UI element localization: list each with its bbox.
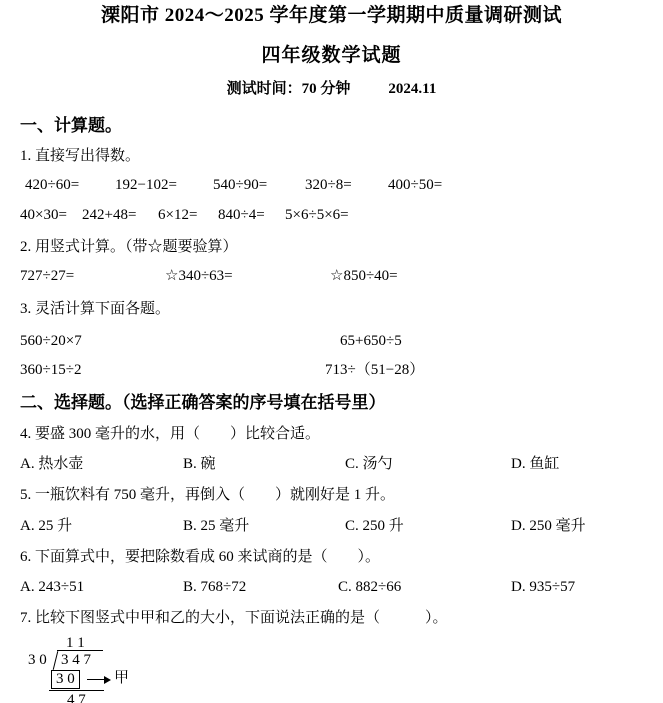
expression: 540÷90= [213,176,267,195]
q2-expressions-row: 727÷27= ☆340÷63= ☆850÷40= [0,267,663,289]
q3-expressions-row-2: 360÷15÷2 713÷（51−28） [0,361,663,383]
q7-stem: 7. 比较下图竖式中甲和乙的大小，下面说法正确的是（ ）。 [20,609,448,628]
expression: 242+48= [82,206,136,225]
division-arrow-label: 甲 [114,669,129,688]
q1-expressions-row-2: 40×30= 242+48= 6×12= 840÷4= 5×6÷5×6= [0,206,663,228]
division-dividend: 3 4 7 [61,651,91,670]
expression: 5×6÷5×6= [285,206,349,225]
option: A. 243÷51 [20,578,84,597]
expression: 6×12= [158,206,197,225]
q6-options-row: A. 243÷51 B. 768÷72 C. 882÷66 D. 935÷57 [0,578,663,600]
option: C. 882÷66 [338,578,401,597]
option: C. 250 升 [345,517,404,536]
expression: ☆850÷40= [330,267,398,286]
option: D. 鱼缸 [511,455,559,474]
test-duration: 测试时间：70 分钟 [227,81,351,97]
option: D. 250 毫升 [511,517,586,536]
division-subtrahend-box: 3 0 [51,670,80,689]
expression: ☆340÷63= [165,267,233,286]
section-1-heading: 一、计算题。 [20,115,122,136]
expression: 400÷50= [388,176,442,195]
expression: 40×30= [20,206,67,225]
option: B. 768÷72 [183,578,246,597]
division-difference: 4 7 [67,691,86,703]
expression: 560÷20×7 [20,332,82,351]
expression: 360÷15÷2 [20,361,81,380]
expression: 65+650÷5 [340,332,402,351]
q4-options-row: A. 热水壶 B. 碗 C. 汤勺 D. 鱼缸 [0,455,663,477]
q5-options-row: A. 25 升 B. 25 毫升 C. 250 升 D. 250 毫升 [0,517,663,539]
division-bracket-icon [53,651,59,670]
arrow-icon [104,676,111,684]
q6-stem: 6. 下面算式中，要把除数看成 60 来试商的是（ ）。 [20,548,380,567]
q1-expressions-row-1: 420÷60= 192−102= 540÷90= 320÷8= 400÷50= [0,176,663,198]
option: A. 25 升 [20,517,72,536]
option: B. 碗 [183,455,216,474]
paper-meta: 测试时间：70 分钟2024.11 [0,80,663,99]
section-2-heading: 二、选择题。（选择正确答案的序号填在括号里） [20,392,386,413]
q3-label: 3. 灵活计算下面各题。 [20,300,170,319]
division-divisor: 3 0 [28,651,47,670]
q4-stem: 4. 要盛 300 毫升的水，用（ ）比较合适。 [20,425,320,444]
expression: 713÷（51−28） [325,361,424,380]
paper-subtitle: 四年级数学试题 [0,44,663,68]
paper-title: 溧阳市 2024～2025 学年度第一学期期中质量调研测试 [0,4,663,28]
test-paper-page: 溧阳市 2024～2025 学年度第一学期期中质量调研测试 四年级数学试题 测试… [0,0,663,703]
expression: 192−102= [115,176,177,195]
option: B. 25 毫升 [183,517,249,536]
q5-stem: 5. 一瓶饮料有 750 毫升，再倒入（ ）就刚好是 1 升。 [20,486,395,505]
option: D. 935÷57 [511,578,575,597]
q2-label: 2. 用竖式计算。（带☆题要验算） [20,238,238,257]
arrow-line [87,679,104,680]
q1-label: 1. 直接写出得数。 [20,147,140,166]
option: C. 汤勺 [345,455,393,474]
expression: 320÷8= [305,176,352,195]
expression: 420÷60= [25,176,79,195]
option: A. 热水壶 [20,455,83,474]
expression: 840÷4= [218,206,265,225]
q3-expressions-row-1: 560÷20×7 65+650÷5 [0,332,663,354]
test-date: 2024.11 [388,81,436,97]
expression: 727÷27= [20,267,74,286]
long-division-figure: 1 1 3 0 3 4 7 3 0 甲 4 7 [28,636,178,703]
